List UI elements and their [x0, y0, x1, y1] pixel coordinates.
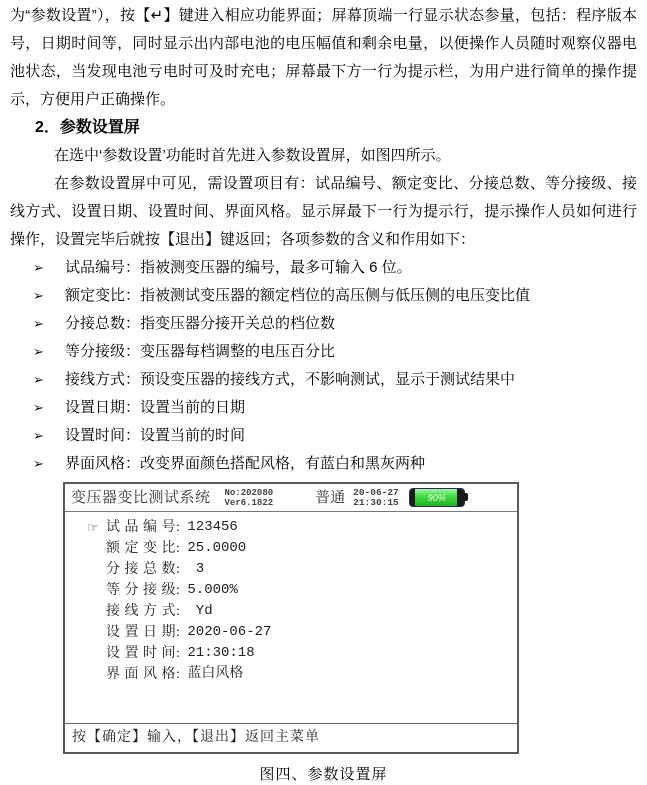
parameter-label: 接 线 方 式:	[106, 601, 180, 622]
device-mode-badge: 普通	[315, 484, 345, 512]
list-item: ➢ 试品编号：指被测变压器的编号，最多可输入 6 位。	[10, 254, 637, 282]
battery-right-cap	[457, 489, 464, 506]
cursor-slot	[87, 622, 106, 643]
list-item: ➢ 接线方式：预设变压器的接线方式，不影响测试，显示于测试结果中	[10, 366, 637, 394]
bullet-list: ➢ 试品编号：指被测变压器的编号，最多可输入 6 位。 ➢ 额定变比：指被测试变…	[10, 254, 637, 478]
parameter-label: 等 分 接 级:	[106, 580, 180, 601]
bullet-text: 分接总数：指变压器分接开关总的档位数	[65, 315, 335, 332]
device-parameter-list: ☞ 试 品 编 号: 123456 额 定 变 比: 25.0000 分 接 总…	[65, 512, 517, 723]
parameter-row-set-time: 设 置 时 间: 21:30:18	[65, 643, 517, 664]
parameter-value: Yd	[187, 601, 212, 622]
parameter-label: 分 接 总 数:	[106, 559, 180, 580]
list-item: ➢ 额定变比：指被测试变压器的额定档位的高压侧与低压侧的电压变比值	[10, 282, 637, 310]
device-title: 变压器变比测试系统	[71, 484, 211, 512]
parameter-row-wiring-mode: 接 线 方 式: Yd	[65, 601, 517, 622]
battery-percent-label: 90%	[428, 484, 446, 512]
cursor-slot	[87, 580, 106, 601]
parameter-value: 2020-06-27	[187, 622, 271, 643]
list-item: ➢ 等分接级：变压器每档调整的电压百分比	[10, 338, 637, 366]
cursor-slot	[87, 538, 106, 559]
parameter-row-set-date: 设 置 日 期: 2020-06-27	[65, 622, 517, 643]
paragraph-enter-screen: 在选中‘参数设置’功能时首先进入参数设置屏，如图四所示。	[10, 142, 637, 170]
parameter-settings-screen: 变压器变比测试系统 No:202080 Ver6.1822 普通 20-06-2…	[63, 482, 519, 754]
bullet-arrow-icon: ➢	[33, 450, 44, 478]
bullet-text: 等分接级：变压器每档调整的电压百分比	[65, 343, 335, 360]
figure-caption: 图四、参数设置屏	[10, 761, 637, 785]
parameter-value: 123456	[187, 517, 237, 538]
parameter-value: 5.000%	[187, 580, 237, 601]
parameter-value: 25.0000	[187, 538, 246, 559]
list-item: ➢ 分接总数：指变压器分接开关总的档位数	[10, 310, 637, 338]
document-page: 为“参数设置”），按【↵】键进入相应功能界面；屏幕顶端一行显示状态参量，包括：程…	[0, 0, 647, 785]
bullet-text: 接线方式：预设变压器的接线方式，不影响测试，显示于测试结果中	[65, 371, 515, 388]
bullet-arrow-icon: ➢	[33, 254, 44, 282]
cursor-slot	[87, 664, 106, 685]
paragraph-settings-overview: 在参数设置屏中可见，需设置项目有：试品编号、额定变比、分接总数、等分接级、接线方…	[10, 170, 637, 254]
bullet-text: 设置时间：设置当前的时间	[65, 427, 245, 444]
cursor-slot	[87, 601, 106, 622]
device-status-bar: 变压器变比测试系统 No:202080 Ver6.1822 普通 20-06-2…	[65, 484, 517, 512]
bullet-text: 界面风格：改变界面颜色搭配风格，有蓝白和黑灰两种	[65, 455, 425, 472]
bullet-arrow-icon: ➢	[33, 310, 44, 338]
parameter-value: 21:30:18	[187, 643, 254, 664]
parameter-label: 额 定 变 比:	[106, 538, 180, 559]
bullet-arrow-icon: ➢	[33, 338, 44, 366]
battery-icon: 90%	[409, 488, 465, 507]
section-heading: 2．参数设置屏	[35, 114, 637, 142]
parameter-value: 蓝白风格	[187, 664, 243, 685]
parameter-row-ui-style: 界 面 风 格: 蓝白风格	[65, 664, 517, 685]
cursor-slot	[87, 559, 106, 580]
list-item: ➢ 界面风格：改变界面颜色搭配风格，有蓝白和黑灰两种	[10, 450, 637, 478]
device-serial-version: No:202080 Ver6.1822	[225, 488, 274, 508]
bullet-arrow-icon: ➢	[33, 394, 44, 422]
parameter-row-tap-step: 等 分 接 级: 5.000%	[65, 580, 517, 601]
device-status-time: 21:30:15	[353, 497, 399, 508]
bullet-arrow-icon: ➢	[33, 366, 44, 394]
parameter-row-rated-ratio: 额 定 变 比: 25.0000	[65, 538, 517, 559]
parameter-label: 界 面 风 格:	[106, 664, 180, 685]
list-item: ➢ 设置时间：设置当前的时间	[10, 422, 637, 450]
device-version: Ver6.1822	[225, 498, 274, 508]
bullet-text: 额定变比：指被测试变压器的额定档位的高压侧与低压侧的电压变比值	[65, 287, 530, 304]
cursor-hand-icon: ☞	[87, 517, 106, 538]
bullet-text: 试品编号：指被测变压器的编号，最多可输入 6 位。	[65, 259, 412, 276]
bullet-arrow-icon: ➢	[33, 422, 44, 450]
device-serial: No:202080	[225, 488, 274, 498]
list-item: ➢ 设置日期：设置当前的日期	[10, 394, 637, 422]
parameter-row-sample-id: ☞ 试 品 编 号: 123456	[65, 517, 517, 538]
bullet-arrow-icon: ➢	[33, 282, 44, 310]
parameter-label: 设 置 时 间:	[106, 643, 180, 664]
parameter-row-tap-total: 分 接 总 数: 3	[65, 559, 517, 580]
battery-left-cap	[410, 489, 415, 506]
bullet-text: 设置日期：设置当前的日期	[65, 399, 245, 416]
device-hint-bar: 按【确定】输入，【退出】返回主菜单	[65, 723, 517, 752]
cursor-slot	[87, 643, 106, 664]
intro-paragraph: 为“参数设置”），按【↵】键进入相应功能界面；屏幕顶端一行显示状态参量，包括：程…	[10, 2, 637, 114]
parameter-value: 3	[187, 559, 204, 580]
parameter-label: 设 置 日 期:	[106, 622, 180, 643]
parameter-label: 试 品 编 号:	[106, 517, 180, 538]
device-datetime: 20-06-27 21:30:15	[353, 488, 399, 508]
